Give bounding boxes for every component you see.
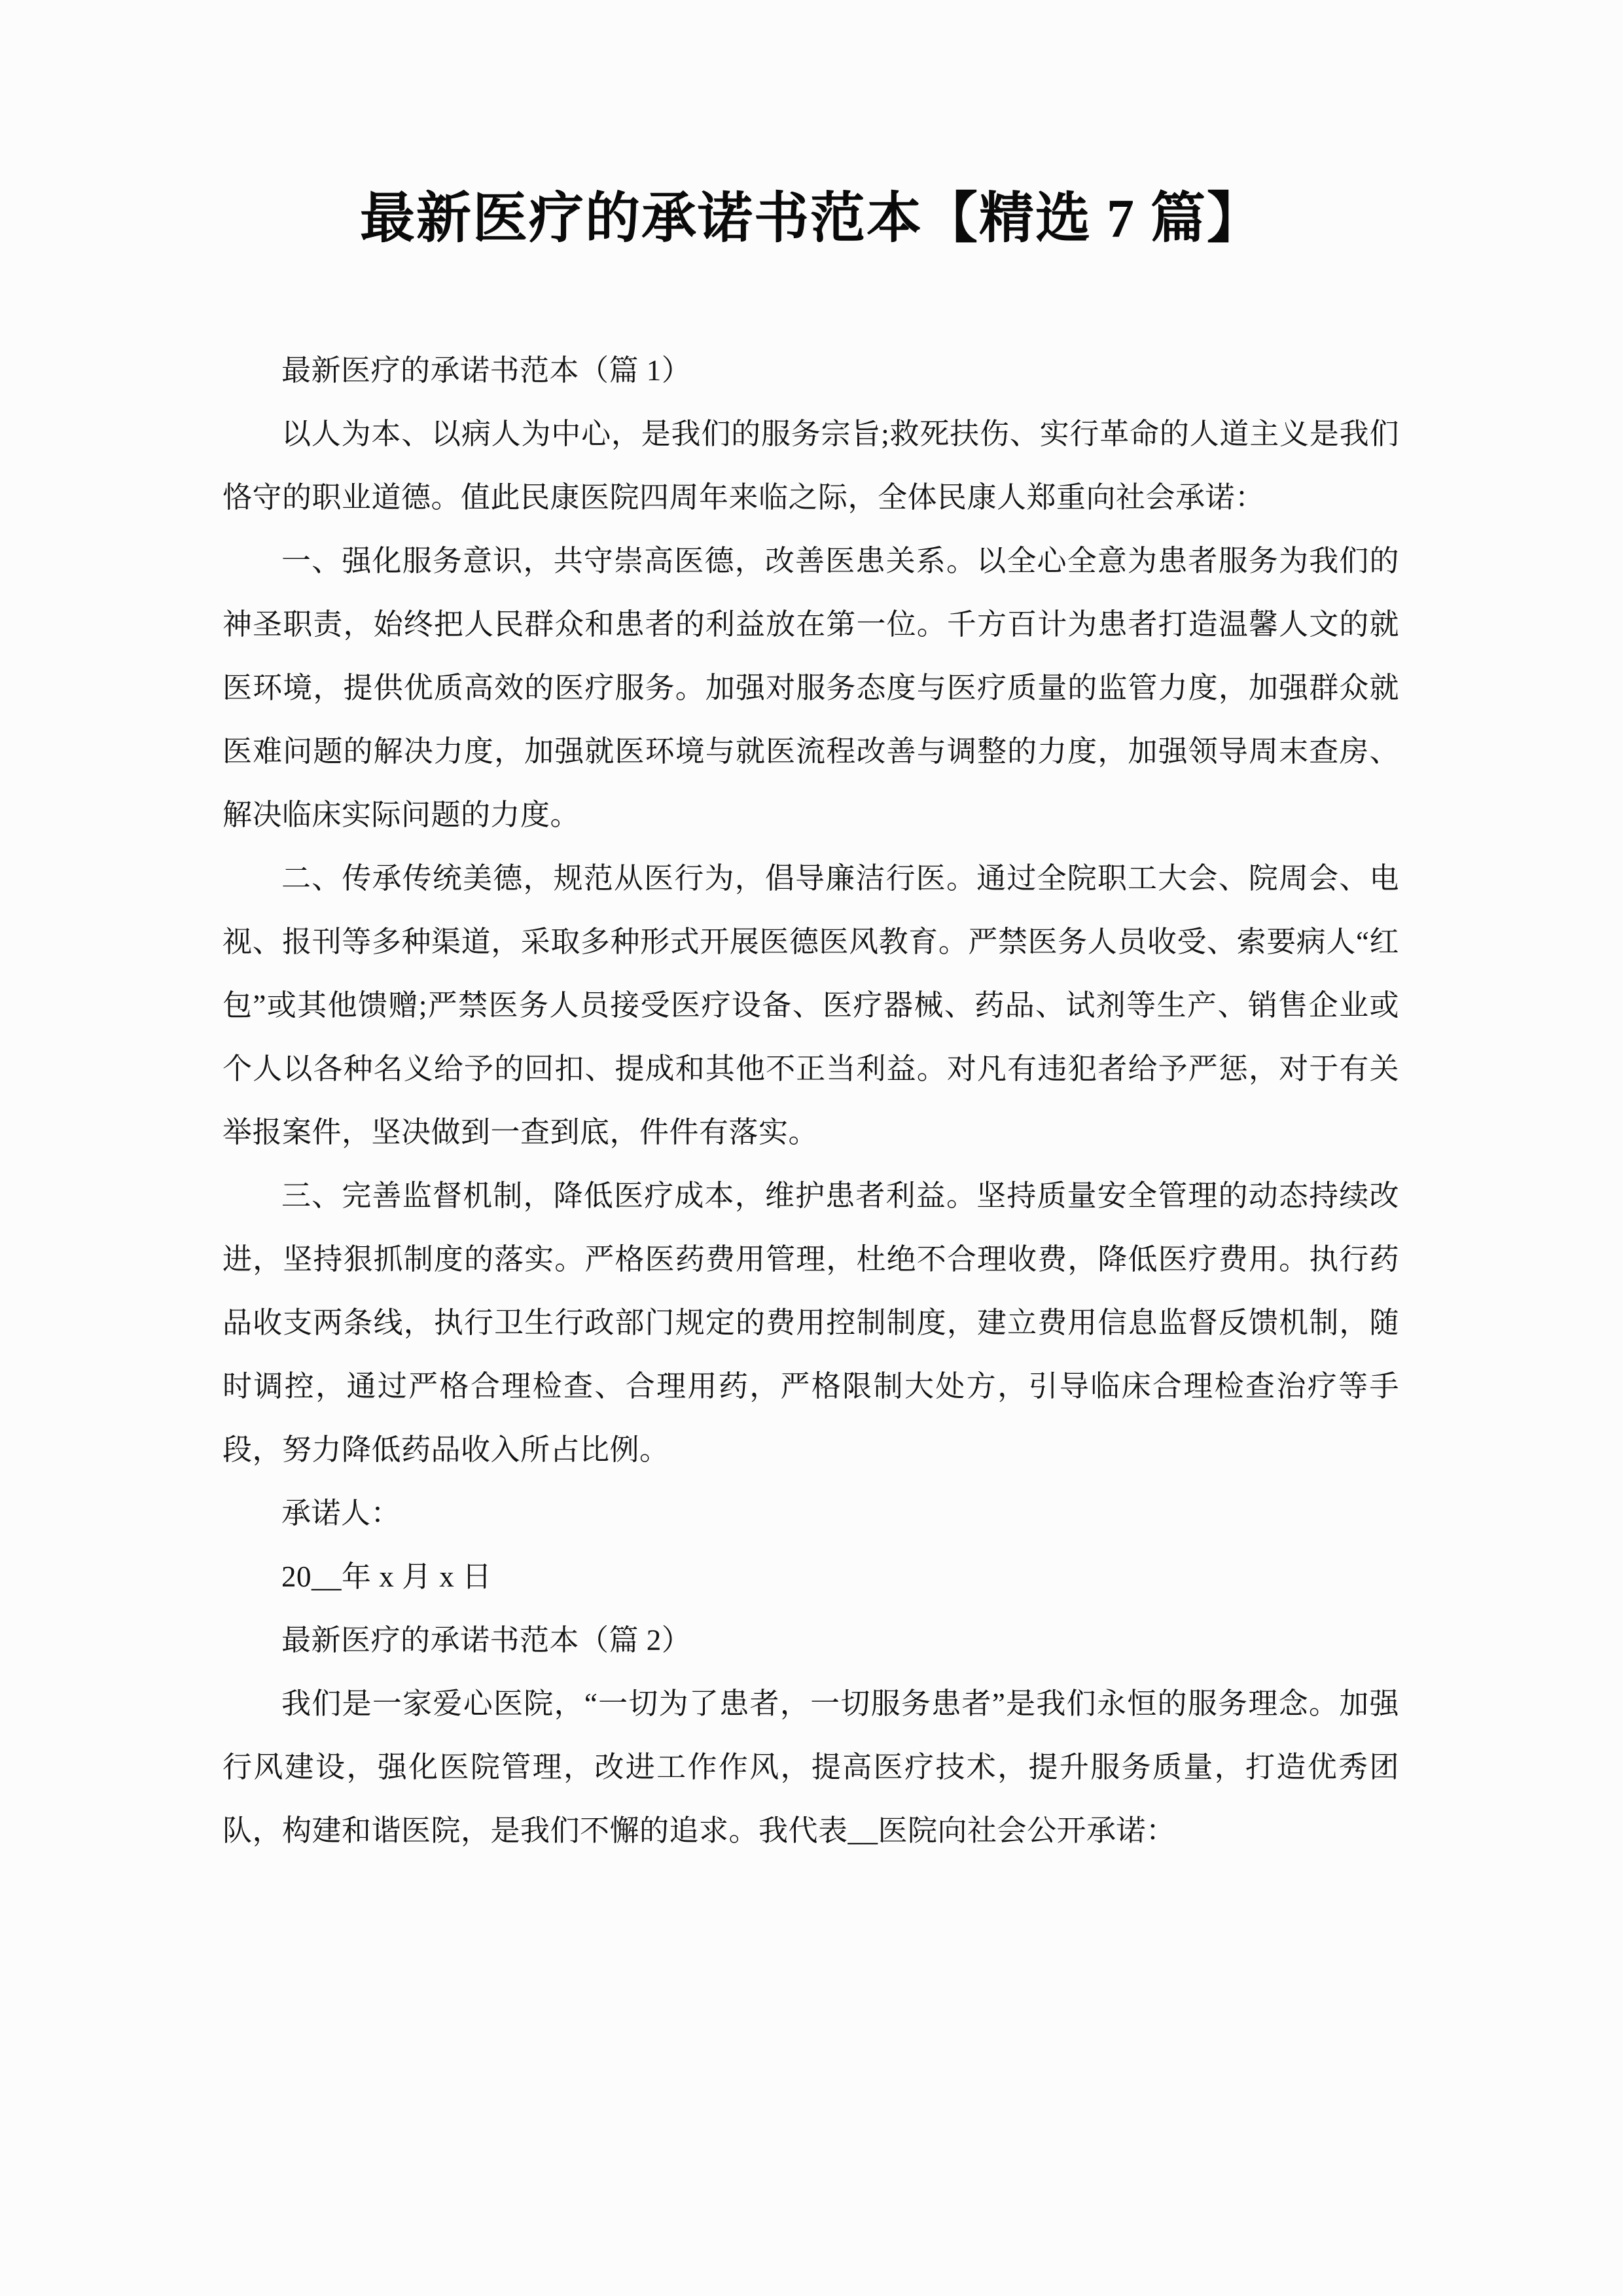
document-page: 最新医疗的承诺书范本【精选 7 篇】 最新医疗的承诺书范本（篇 1）以人为本、以… [0, 0, 1623, 2296]
paragraph: 以人为本、以病人为中心，是我们的服务宗旨;救死扶伤、实行革命的人道主义是我们恪守… [223, 403, 1399, 529]
section-heading: 最新医疗的承诺书范本（篇 1） [223, 339, 1399, 403]
document-title: 最新医疗的承诺书范本【精选 7 篇】 [0, 0, 1623, 260]
paragraph: 我们是一家爱心医院，“一切为了患者，一切服务患者”是我们永恒的服务理念。加强行风… [223, 1672, 1399, 1863]
paragraph: 承诺人： [223, 1482, 1399, 1545]
paragraph: 二、传承传统美德，规范从医行为，倡导廉洁行医。通过全院职工大会、院周会、电视、报… [223, 847, 1399, 1164]
paragraph: 20__年 x 月 x 日 [223, 1545, 1399, 1609]
document-body: 最新医疗的承诺书范本（篇 1）以人为本、以病人为中心，是我们的服务宗旨;救死扶伤… [0, 339, 1623, 1863]
paragraph: 一、强化服务意识，共守崇高医德，改善医患关系。以全心全意为患者服务为我们的神圣职… [223, 529, 1399, 847]
section-heading: 最新医疗的承诺书范本（篇 2） [223, 1609, 1399, 1672]
paragraph: 三、完善监督机制，降低医疗成本，维护患者利益。坚持质量安全管理的动态持续改进，坚… [223, 1164, 1399, 1482]
